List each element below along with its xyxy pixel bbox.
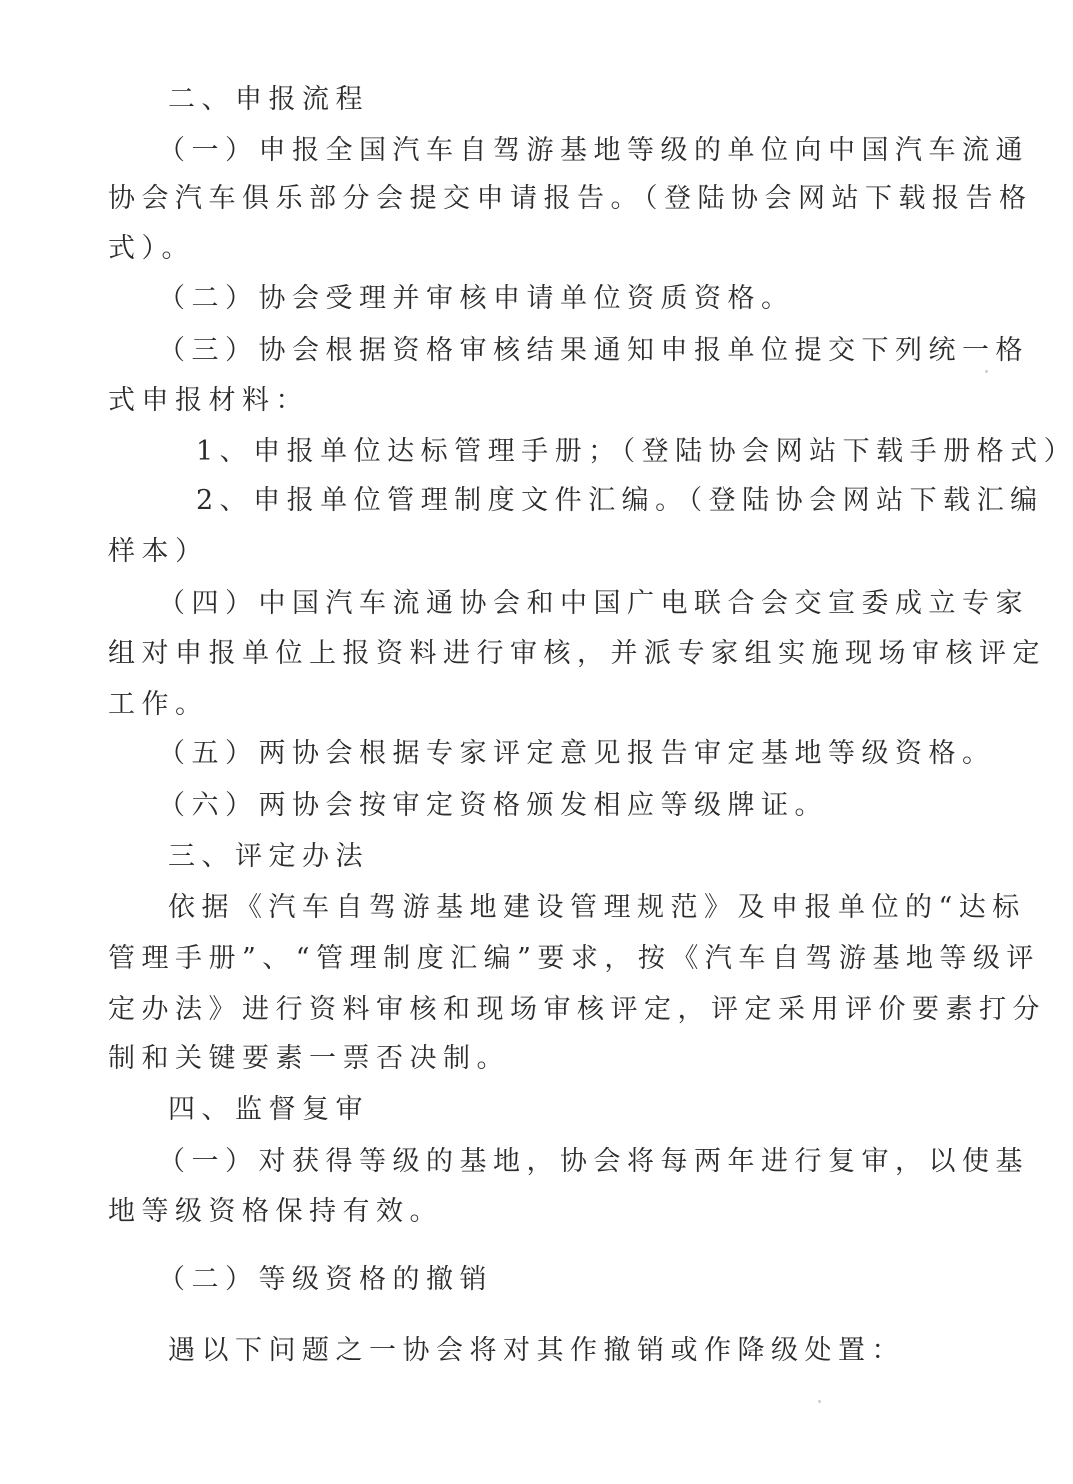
paragraph-line: （一）申报全国汽车自驾游基地等级的单位向中国汽车流通 xyxy=(158,135,1029,167)
paragraph-line: （一）对获得等级的基地，协会将每两年进行复审，以使基 xyxy=(158,1146,1029,1178)
paragraph-line: 协会汽车俱乐部分会提交申请报告。（登陆协会网站下载报告格 xyxy=(108,183,1033,215)
paragraph-line: （二）协会受理并审核申请单位资质资格。 xyxy=(158,283,795,315)
section-heading: 三、评定办法 xyxy=(168,841,369,873)
paragraph-line: 定办法》进行资料审核和现场审核评定，评定采用评价要素打分 xyxy=(108,994,1046,1026)
paragraph-line: 管理手册”、“管理制度汇编”要求，按《汽车自驾游基地等级评 xyxy=(108,943,1040,975)
paragraph-line: 地等级资格保持有效。 xyxy=(108,1196,443,1228)
paragraph-line: （二）等级资格的撤销 xyxy=(158,1264,493,1296)
paragraph-line: 依据《汽车自驾游基地建设管理规范》及申报单位的“达标 xyxy=(168,892,1026,924)
section-heading: 二、申报流程 xyxy=(168,84,369,116)
paragraph-line: 遇以下问题之一协会将对其作撤销或作降级处置： xyxy=(168,1335,905,1367)
paragraph-line: 2、申报单位管理制度文件汇编。（登陆协会网站下载汇编 xyxy=(196,485,1044,517)
paragraph-line: （六）两协会按审定资格颁发相应等级牌证。 xyxy=(158,790,828,822)
paragraph-line: 组对申报单位上报资料进行审核，并派专家组实施现场审核评定 xyxy=(108,638,1046,670)
paragraph-line: （四）中国汽车流通协会和中国广电联合会交宣委成立专家 xyxy=(158,588,1029,620)
scan-speck xyxy=(985,370,988,373)
paragraph-line: 制和关键要素一票否决制。 xyxy=(108,1043,510,1075)
paragraph-line: （三）协会根据资格审核结果通知申报单位提交下列统一格 xyxy=(158,335,1029,367)
paragraph-line: （五）两协会根据专家评定意见报告审定基地等级资格。 xyxy=(158,738,996,770)
section-heading: 四、监督复审 xyxy=(168,1094,369,1126)
paragraph-line: 样本） xyxy=(108,536,209,568)
scan-speck xyxy=(818,1400,821,1403)
scan-speck xyxy=(633,805,636,808)
paragraph-line: 1、申报单位达标管理手册；（登陆协会网站下载手册格式） xyxy=(196,436,1073,468)
paragraph-line: 工作。 xyxy=(108,689,209,721)
paragraph-line: 式申报材料： xyxy=(108,385,309,417)
paragraph-line: 式）。 xyxy=(108,233,195,265)
